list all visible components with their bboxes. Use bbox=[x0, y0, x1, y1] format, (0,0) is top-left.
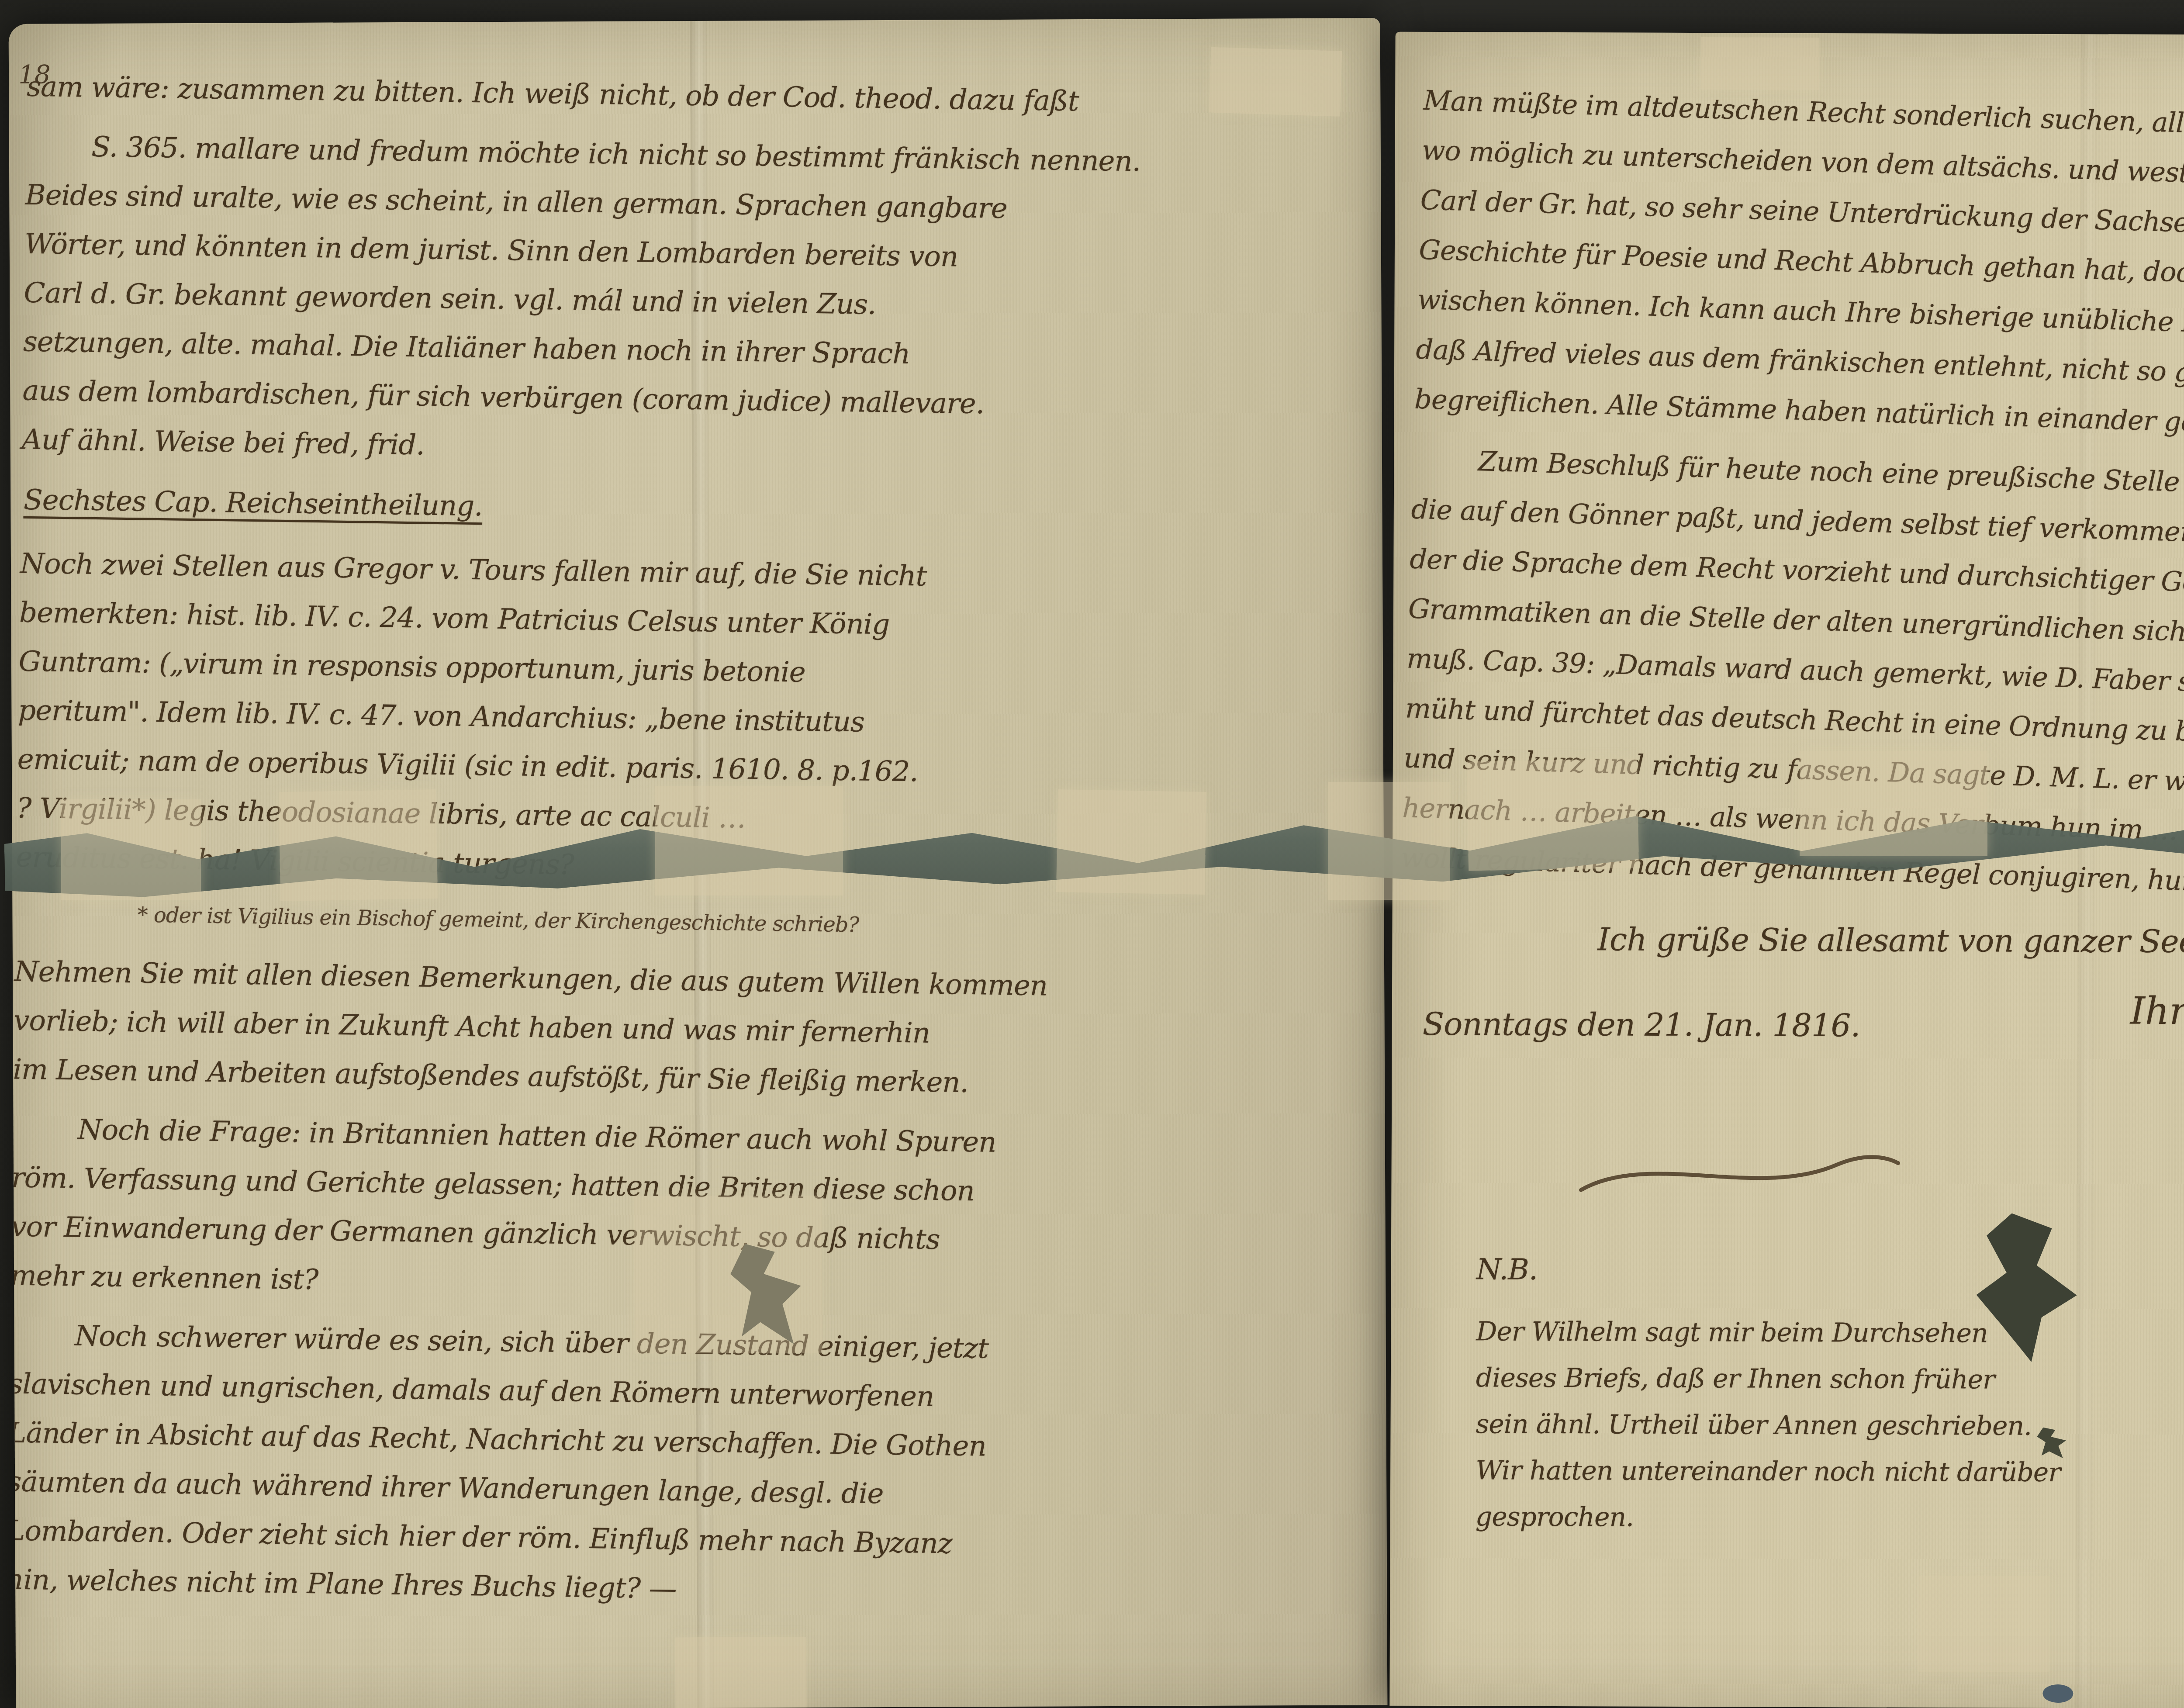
postscript-lines: Der Wilhelm sagt mir beim Durchsehendies… bbox=[1476, 1308, 2061, 1542]
paragraph-zustand: Noch schwerer würde es sein, sich über d… bbox=[9, 1310, 1346, 1623]
tape-patch bbox=[1918, 1576, 2050, 1672]
closing-greeting: Ich grüße Sie allesamt von ganzer Seele bbox=[1597, 915, 2184, 966]
tape-repair bbox=[1056, 789, 1206, 895]
paragraph-altdeutsch: Man müßte im altdeutschen Recht sonderli… bbox=[1414, 76, 2184, 462]
manuscript-scan: 18 sam wäre: zusammen zu bitten. Ich wei… bbox=[0, 0, 2184, 1708]
manuscript-line: sein ähnl. Urtheil über Annen geschriebe… bbox=[1476, 1401, 2060, 1449]
tape-repair bbox=[1328, 782, 1450, 900]
blue-mark bbox=[2042, 1684, 2073, 1703]
manuscript-line: Wir hatten untereinander noch nicht darü… bbox=[1476, 1447, 2060, 1496]
postscript-label: N.B. bbox=[1476, 1246, 2061, 1295]
tape-patch bbox=[1701, 37, 1819, 90]
closing-date: Sonntags den 21. Jan. 1816. bbox=[1423, 999, 1860, 1050]
paragraph-mallare: S. 365. mallare und fredum möchte ich ni… bbox=[21, 122, 1363, 483]
tape-repair bbox=[1467, 759, 1639, 871]
footnote-vigilius: * oder ist Vigilius ein Bischof gemeint,… bbox=[137, 894, 1352, 953]
tape-patch bbox=[675, 1637, 807, 1708]
tape-repair bbox=[655, 786, 843, 895]
pen-flourish bbox=[1575, 1138, 1907, 1213]
chapter-heading: Sechstes Cap. Reichseintheilung. bbox=[23, 476, 1358, 543]
tape-repair bbox=[279, 789, 438, 901]
paragraph-opening: sam wäre: zusammen zu bitten. Ich weiß n… bbox=[26, 62, 1363, 130]
tape-repair bbox=[61, 799, 201, 900]
postscript-block: N.B. Der Wilhelm sagt mir beim Durchsehe… bbox=[1476, 1246, 2061, 1542]
manuscript-line: gesprochen. bbox=[1476, 1494, 2060, 1542]
manuscript-line: dieses Briefs, daß er Ihnen schon früher bbox=[1476, 1355, 2061, 1403]
tape-patch bbox=[634, 1196, 822, 1354]
tape-repair bbox=[1800, 751, 1987, 856]
paragraph-bemerkungen: Nehmen Sie mit allen diesen Bemerkungen,… bbox=[13, 947, 1351, 1113]
signature-jacob-grimm: Ihr treuer Jacob Grimm bbox=[2130, 987, 2184, 1037]
manuscript-line: sam wäre: zusammen zu bitten. Ich weiß n… bbox=[26, 62, 1363, 130]
manuscript-line: Der Wilhelm sagt mir beim Durchsehen bbox=[1476, 1308, 2061, 1357]
tape-patch bbox=[1209, 47, 1342, 117]
